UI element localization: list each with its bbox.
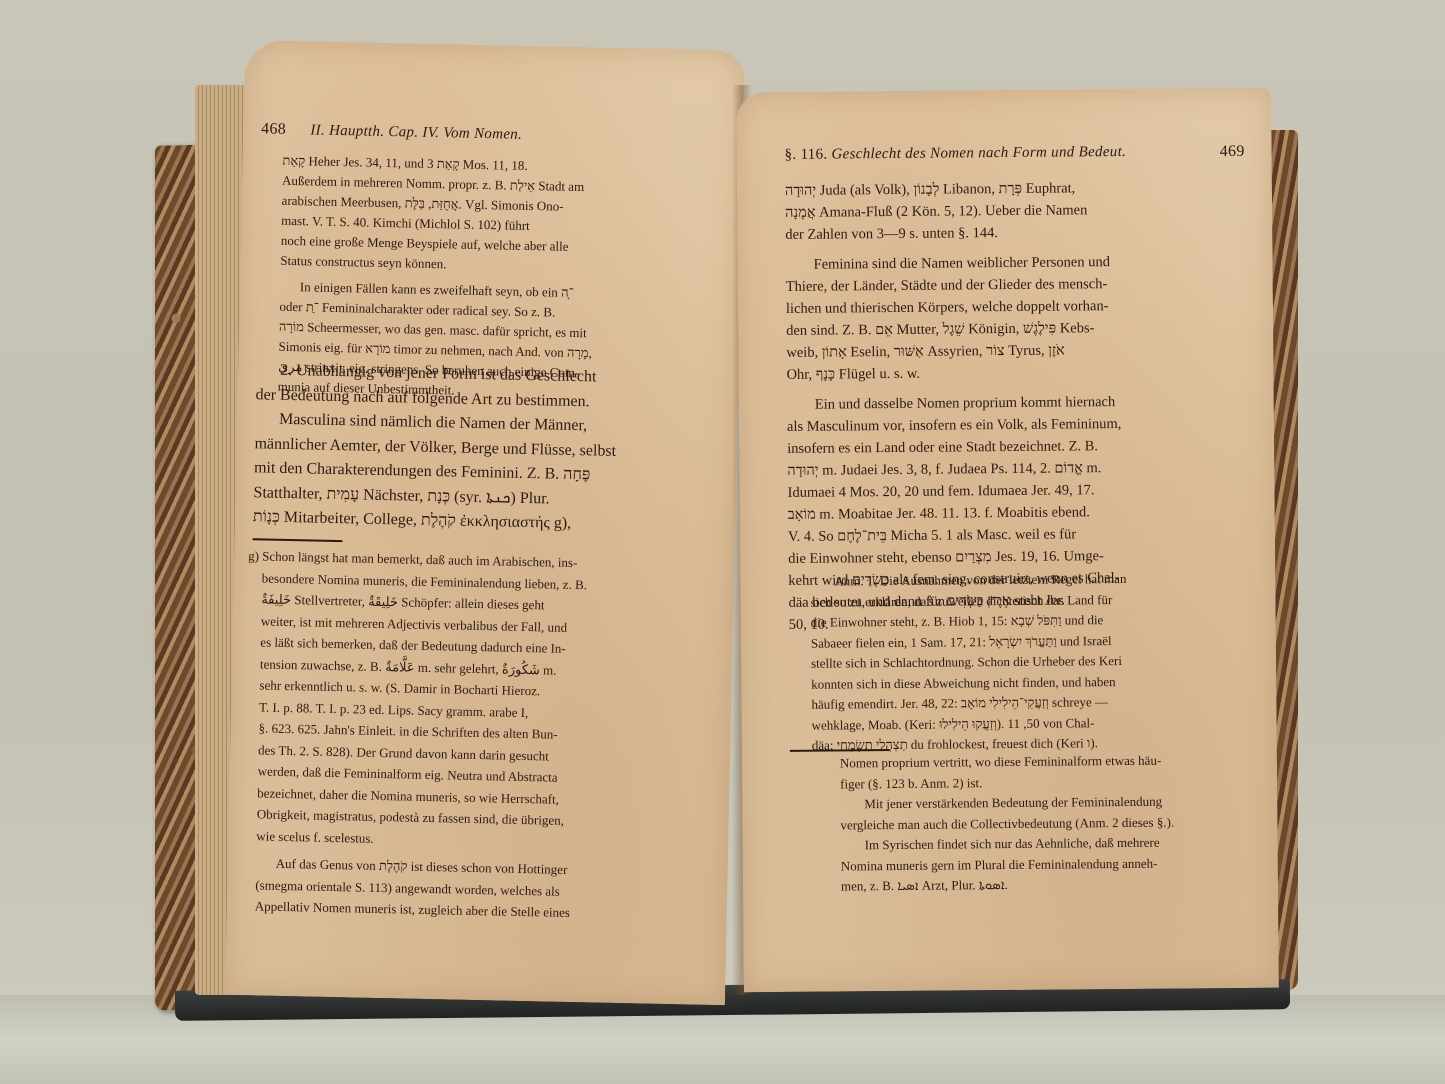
left-running-head: 468 II. Hauptth. Cap. IV. Vom Nomen.: [261, 120, 701, 147]
photo-scene: 468 II. Hauptth. Cap. IV. Vom Nomen. קָא…: [0, 0, 1445, 1084]
left-page-number: 468: [261, 120, 286, 138]
left-page: 468 II. Hauptth. Cap. IV. Vom Nomen. קָא…: [225, 40, 745, 1005]
right-footnote: Nomen proprium vertritt, wo diese Femini…: [840, 750, 1261, 897]
right-running-head: §. 116. Geschlecht des Nomen nach Form u…: [785, 143, 1245, 165]
left-footnote: g) Schon längst hat man bemerkt, daß auc…: [241, 545, 709, 926]
text-line: men, z. B. ܐܣܝܐ Arzt, Plur. ܐܣܘܬܐ.: [841, 873, 1261, 897]
right-page: §. 116. Geschlecht des Nomen nach Form u…: [736, 88, 1279, 993]
left-section-2: 2. Unabhängig von jener Form ist das Ges…: [252, 358, 716, 559]
right-page-number: 469: [1220, 143, 1245, 161]
footnote-rule: [253, 538, 343, 542]
right-section-mark: §. 116.: [785, 147, 828, 163]
left-head-title: II. Hauptth. Cap. IV. Vom Nomen.: [310, 122, 522, 142]
right-main-text: יְהוּדָה Juda (als Volk), לְבָנוֹן Liban…: [785, 176, 1244, 636]
right-annotation: Anm. 1. Die Ausnahmen von der letztern R…: [810, 568, 1252, 756]
right-head-title: Geschlecht des Nomen nach Form und Bedeu…: [831, 144, 1126, 163]
